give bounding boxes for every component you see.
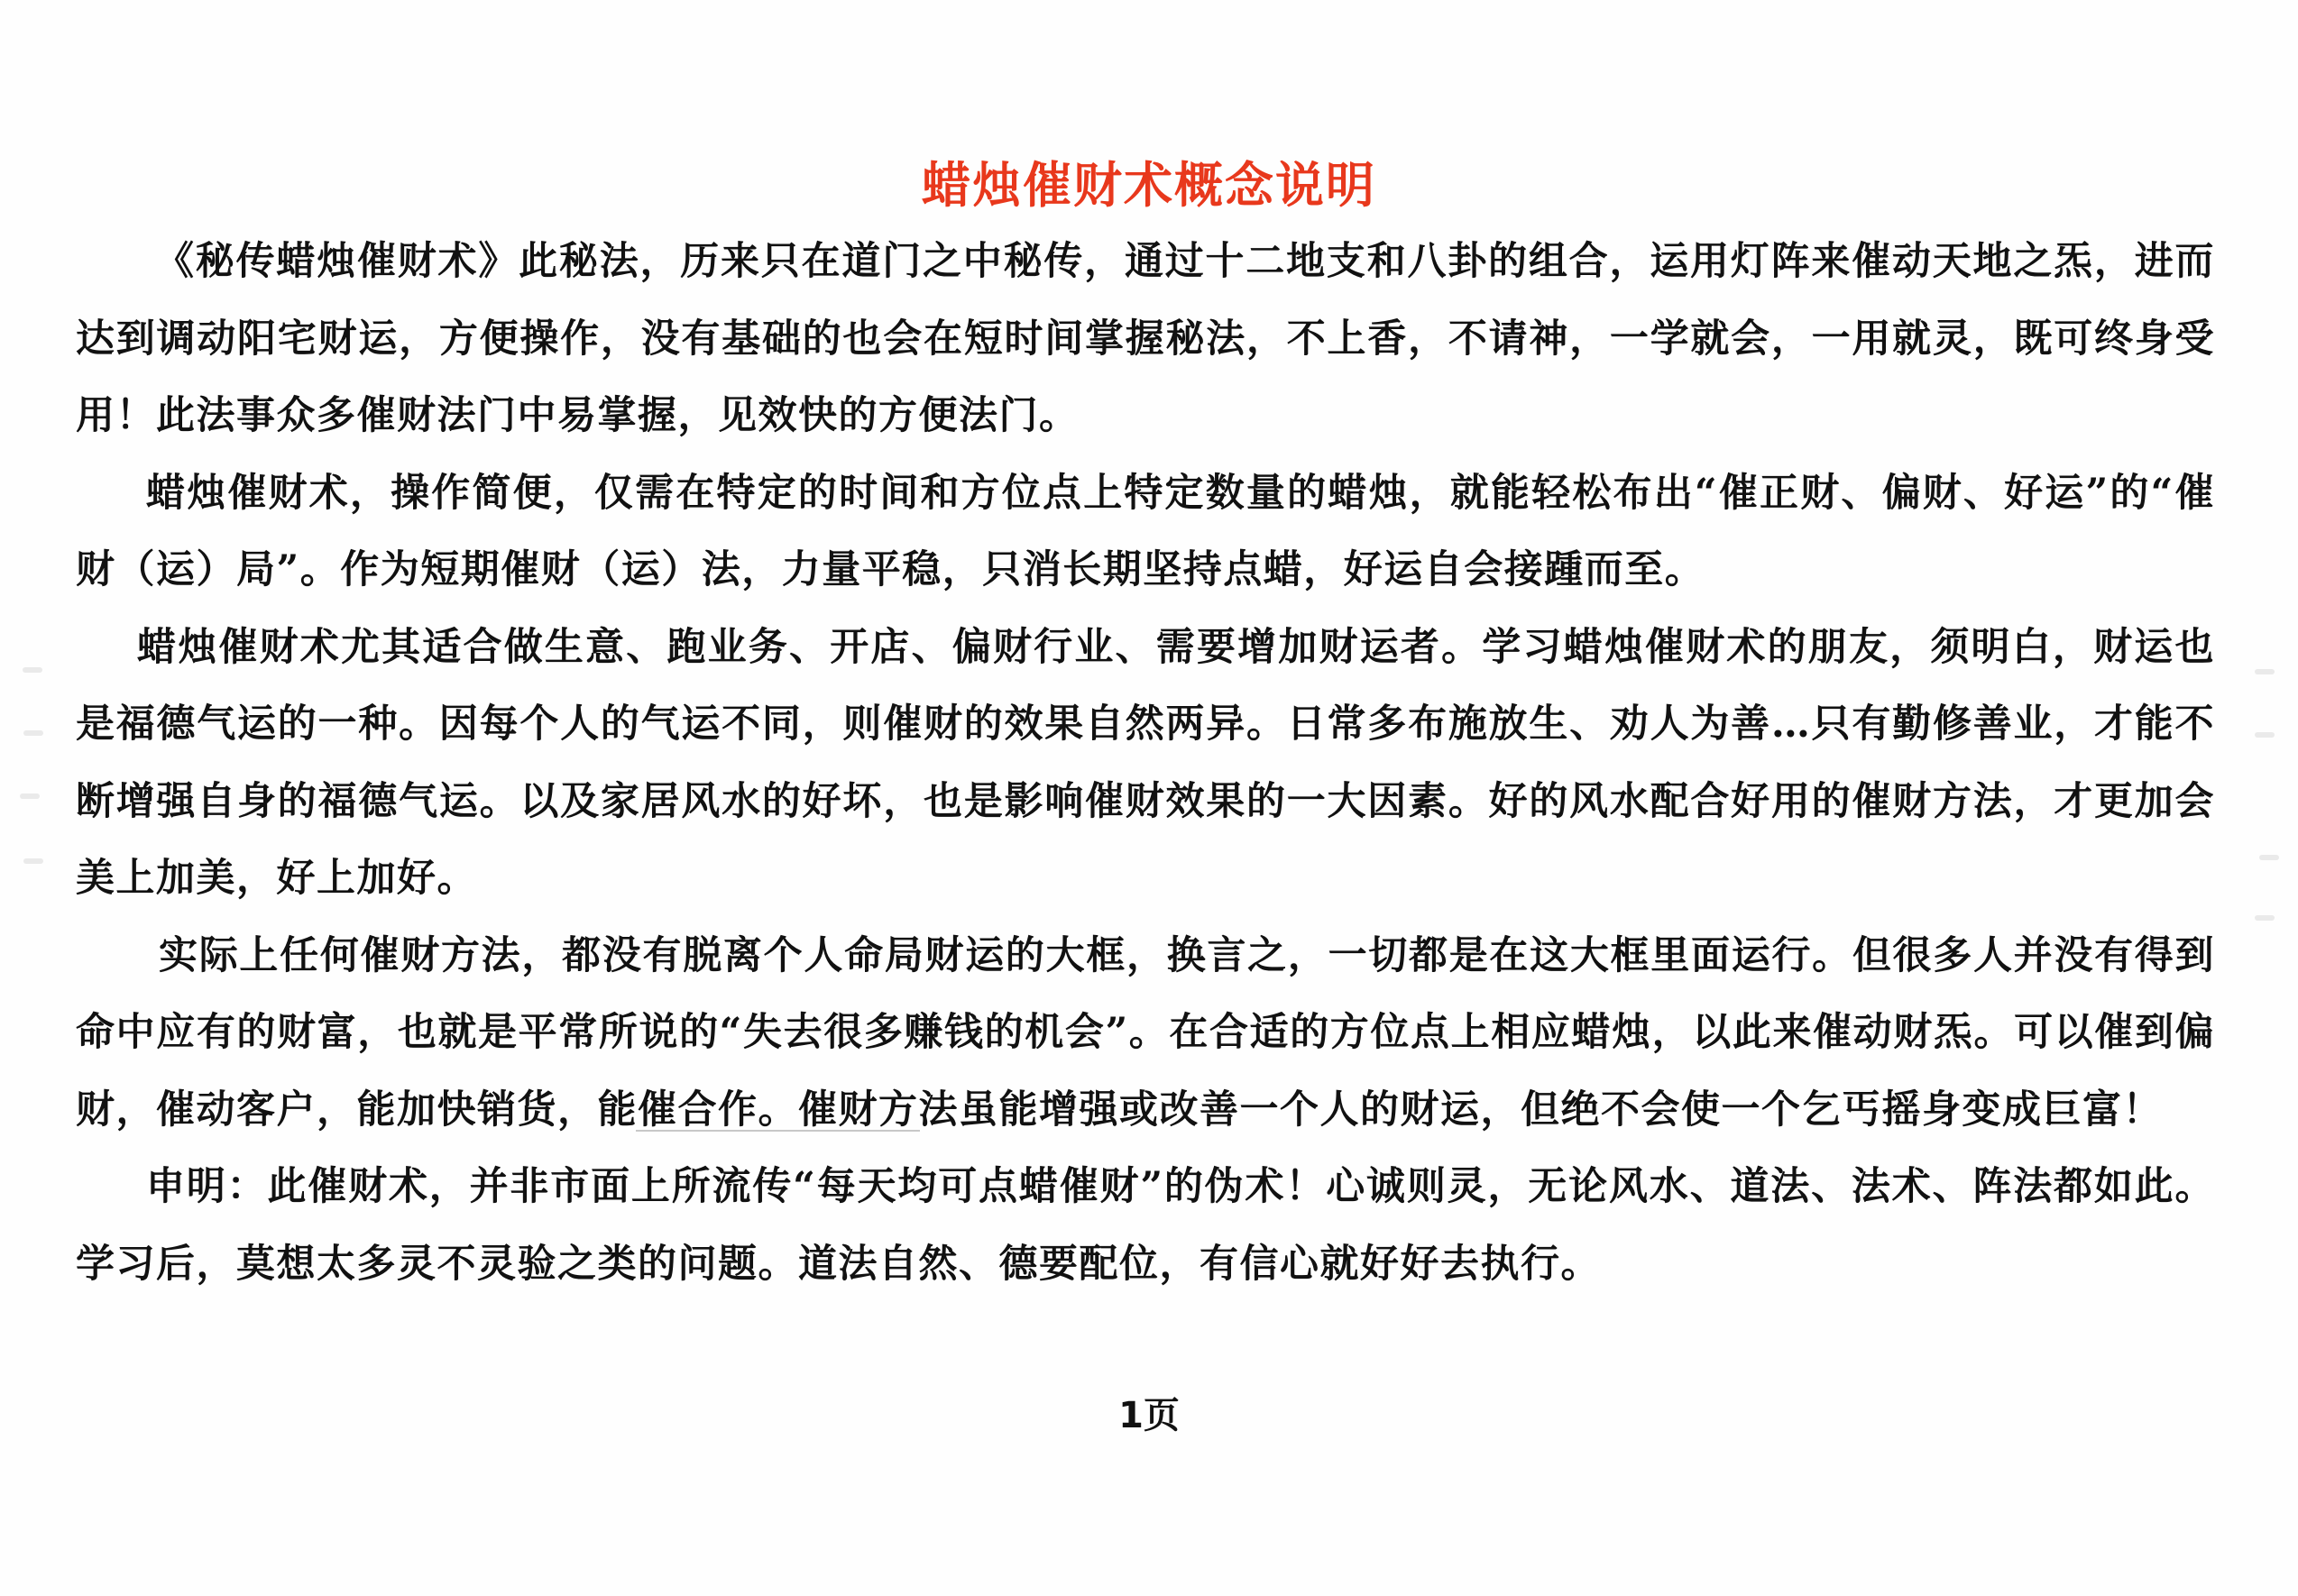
scan-artifact xyxy=(2255,669,2275,674)
paragraph-suitability: 蜡烛催财术尤其适合做生意、跑业务、开店、偏财行业、需要增加财运者。学习蜡烛催财术… xyxy=(76,610,2215,918)
page-number: 1页 xyxy=(0,1389,2298,1443)
document-body: 《秘传蜡烛催财术》此秘法，历来只在道门之中秘传，通过十二地支和八卦的组合，运用灯… xyxy=(76,224,2215,1303)
paragraph-operation: 蜡烛催财术，操作简便，仅需在特定的时间和方位点上特定数量的蜡烛，就能轻松布出“催… xyxy=(76,455,2215,610)
scan-artifact xyxy=(23,730,43,736)
paragraph-limits: 实际上任何催财方法，都没有脱离个人命局财运的大框，换言之，一切都是在这大框里面运… xyxy=(76,918,2215,1150)
scan-artifact xyxy=(23,667,42,673)
document-title: 蜡烛催财术概念说明 xyxy=(0,153,2298,216)
document-page: 蜡烛催财术概念说明 《秘传蜡烛催财术》此秘法，历来只在道门之中秘传，通过十二地支… xyxy=(0,0,2298,1596)
scan-artifact xyxy=(2255,915,2275,921)
scan-artifact xyxy=(2255,732,2275,738)
scan-artifact xyxy=(20,793,40,799)
paragraph-intro: 《秘传蜡烛催财术》此秘法，历来只在道门之中秘传，通过十二地支和八卦的组合，运用灯… xyxy=(76,224,2215,455)
scan-artifact xyxy=(23,858,43,864)
paragraph-declaration: 申明：此催财术，并非市面上所流传“每天均可点蜡催财”的伪术！心诚则灵，无论风水、… xyxy=(76,1149,2215,1303)
scan-artifact xyxy=(2259,855,2279,860)
pencil-underline-mark xyxy=(636,1130,920,1132)
